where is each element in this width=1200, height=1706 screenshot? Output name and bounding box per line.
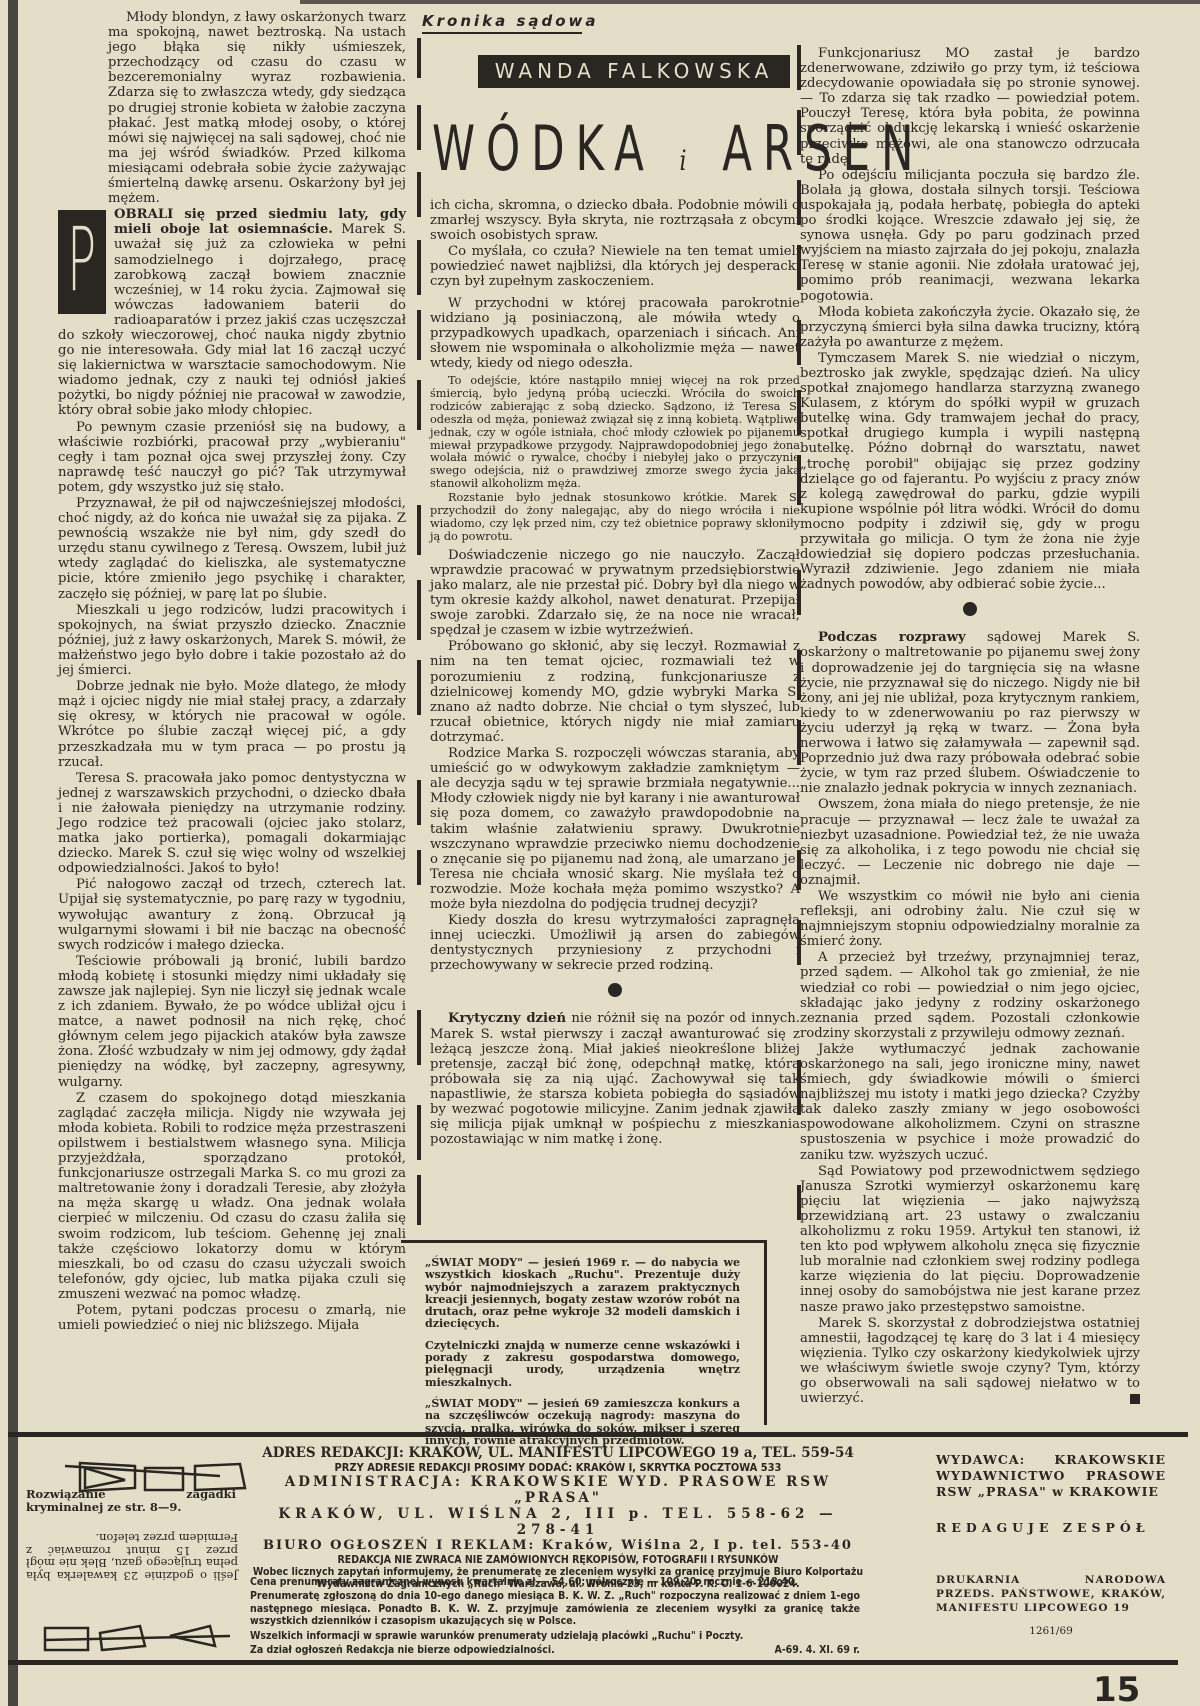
- body-paragraph: Po pewnym czasie przeniósł się na budowy…: [58, 420, 406, 495]
- body-paragraph: Krytyczny dzień nie różnił się na pozór …: [430, 1011, 800, 1147]
- column-bar: [417, 38, 421, 78]
- column-bar: [417, 105, 421, 150]
- rubric-underline: [422, 32, 582, 34]
- imprint-address: ADRES REDAKCJI: KRAKÓW, UL. MANIFESTU LI…: [248, 1445, 868, 1461]
- section-rubric: Kronika sądowa: [422, 12, 599, 30]
- end-mark-icon: [1130, 1394, 1140, 1404]
- order-number: 1261/69: [936, 1625, 1166, 1637]
- column-bar: [417, 240, 421, 295]
- body-paragraph: A przecież był trzeźwy, przynajmniej ter…: [800, 950, 1140, 1041]
- small-paragraph: Rozstanie było jednak stosunkowo krótkie…: [430, 492, 800, 544]
- column-bar: [417, 380, 421, 430]
- body-paragraph: Tymczasem Marek S. nie wiedział o niczym…: [800, 351, 1140, 593]
- body-paragraph: Dobrze jednak nie było. Może dlatego, że…: [58, 679, 406, 770]
- publisher-block: WYDAWCA: KRAKOWSKIE WYDAWNICTWO PRASOWE …: [936, 1452, 1166, 1637]
- binding-edge: [8, 0, 18, 1706]
- puzzle-caption: Rozwiązanie zagadki kryminalnej ze str. …: [26, 1488, 236, 1514]
- puzzle-answer-inverted: Jeśli o godzinie 23 kawalerka była pełna…: [26, 1532, 238, 1582]
- body-paragraph: W przychodni w której pracowała parokrot…: [430, 296, 800, 371]
- imprint-administration: ADMINISTRACJA: KRAKOWSKIE WYD. PRASOWE R…: [248, 1474, 868, 1506]
- article-title: WÓDKA i ARSEN: [432, 118, 709, 178]
- article-column-middle: ich cicha, skromna, o dziecko dbała. Pod…: [430, 198, 800, 1148]
- body-paragraph: ich cicha, skromna, o dziecko dbała. Pod…: [430, 198, 800, 243]
- swiat-mody-advert: „ŚWIAT MODY" — jesień 1969 r. — do nabyc…: [401, 1240, 767, 1425]
- puzzle-solution: Rozwiązanie zagadki kryminalnej ze str. …: [10, 1458, 250, 1668]
- body-paragraph: Co myślała, co czuła? Niewiele na ten te…: [430, 244, 800, 289]
- magazine-page: Kronika sądowa WANDA FALKOWSKA WÓDKA i A…: [0, 0, 1200, 1706]
- intro-paragraph: Młody blondyn, z ławy oskarżonych twarz …: [108, 10, 406, 206]
- issue-reference: A-69. 4. XI. 69 r.: [774, 1644, 860, 1656]
- subscription-contact: Wszelkich informacji w sprawie warunków …: [250, 1630, 860, 1642]
- article-column-left: Młody blondyn, z ławy oskarżonych twarz …: [58, 10, 406, 1410]
- small-paragraph: To odejście, które nastąpiło mniej więce…: [430, 375, 800, 491]
- section-bullet: [608, 983, 622, 997]
- column-bar: [417, 505, 421, 555]
- footer-rule-bottom: [8, 1660, 1178, 1665]
- body-paragraph: Mieszkali u jego rodziców, ludzi pracowi…: [58, 603, 406, 678]
- editorial-imprint: ADRES REDAKCJI: KRAKÓW, UL. MANIFESTU LI…: [248, 1445, 868, 1590]
- dropcap: P: [58, 210, 106, 314]
- subscription-info: Cena prenumeraty zagranicznej wynosi: kw…: [250, 1576, 860, 1658]
- column-bar: [417, 850, 421, 885]
- title-part-1: WÓDKA: [432, 112, 655, 185]
- body-paragraph: Funkcjonariusz MO zastał je bardzo zdene…: [800, 46, 1140, 167]
- imprint-admin-address: KRAKÓW, UL. WIŚLNA 2, III p. TEL. 558-62…: [248, 1506, 868, 1538]
- body-paragraph: Teresa S. pracowała jako pomoc dentystyc…: [58, 771, 406, 877]
- imprint-postal-note: PRZY ADRESIE REDAKCJI PROSIMY DODAĆ: KRA…: [248, 1461, 868, 1474]
- column-bar: [417, 660, 421, 715]
- body-paragraph: Owszem, żona miała do niego pretensje, ż…: [800, 797, 1140, 888]
- subscription-terms: Prenumeratę zgłoszoną do dnia 10-ego dan…: [250, 1590, 860, 1627]
- column-bar: [417, 1105, 421, 1160]
- author-byline: WANDA FALKOWSKA: [478, 55, 790, 88]
- article-column-right: Funkcjonariusz MO zastał je bardzo zdene…: [800, 12, 1140, 1432]
- body-paragraph: Przyznawał, że pił od najwcześniejszej m…: [58, 496, 406, 602]
- footer-rule-top: [8, 1432, 1188, 1437]
- body-paragraph: Pić nałogowo zaczął od trzech, czterech …: [58, 877, 406, 952]
- body-paragraph: Z czasem do spokojnego dotąd mieszkania …: [58, 1091, 406, 1302]
- page-number: 15: [1093, 1670, 1140, 1706]
- body-paragraph: Teściowie próbowali ją bronić, lubili ba…: [58, 954, 406, 1090]
- column-bar: [417, 172, 421, 217]
- title-conjunction: i: [680, 144, 687, 177]
- body-paragraph: Potem, pytani podczas procesu o zmarłą, …: [58, 1303, 406, 1333]
- body-paragraph: Kiedy doszła do kresu wytrzymałości zapr…: [430, 913, 800, 973]
- body-paragraph: Sąd Powiatowy pod przewodnictwem sędzieg…: [800, 1164, 1140, 1315]
- advert-paragraph: „ŚWIAT MODY" — jesień 1969 r. — do nabyc…: [425, 1257, 740, 1331]
- column-bar: [417, 580, 421, 640]
- column-bar: [417, 1175, 421, 1225]
- ads-disclaimer: Za dział ogłoszeń Redakcja nie bierze od…: [250, 1644, 860, 1656]
- editorial-team: REDAGUJE ZESPÓŁ: [936, 1520, 1166, 1535]
- column-bar: [417, 310, 421, 360]
- section-bullet: [963, 602, 977, 616]
- puzzle-diagram-icon: [40, 1618, 280, 1658]
- body-paragraph: Marek S. skorzystał z dobrodziejstwa ost…: [800, 1316, 1140, 1407]
- body-paragraph: We wszystkim co mówił nie było ani cieni…: [800, 889, 1140, 949]
- body-paragraph: Rodzice Marka S. rozpoczęli wówczas star…: [430, 746, 800, 912]
- body-paragraph: Młoda kobieta zakończyła życie. Okazało …: [800, 305, 1140, 350]
- top-rule: [300, 0, 1200, 4]
- body-paragraph: Podczas rozprawy sądowej Marek S. oskarż…: [800, 630, 1140, 796]
- body-paragraph: Doświadczenie niczego go nie nauczyło. Z…: [430, 548, 800, 639]
- printer-info: DRUKARNIA NARODOWA PRZEDS. PAŃSTWOWE, KR…: [936, 1573, 1166, 1615]
- body-paragraph: Próbowano go skłonić, aby się leczył. Ro…: [430, 639, 800, 745]
- subscription-price: Cena prenumeraty zagranicznej wynosi: kw…: [250, 1576, 860, 1588]
- column-bar: [417, 780, 421, 825]
- publisher-name: WYDAWCA: KRAKOWSKIE WYDAWNICTWO PRASOWE …: [936, 1452, 1166, 1500]
- body-paragraph: Jakże wytłumaczyć jednak zachowanie oska…: [800, 1042, 1140, 1163]
- lead-paragraph: OBRALI się przed siedmiu laty, gdy mieli…: [58, 207, 406, 418]
- imprint-ads-office: BIURO OGŁOSZEŃ I REKLAM: Kraków, Wiślna …: [248, 1538, 868, 1554]
- body-paragraph: Po odejściu milicjanta poczuła się bardz…: [800, 168, 1140, 304]
- advert-paragraph: Czytelniczki znajdą w numerze cenne wska…: [425, 1340, 740, 1389]
- column-bar: [417, 1010, 421, 1065]
- advert-paragraph: „ŚWIAT MODY" — jesień 69 zamieszcza konk…: [425, 1398, 740, 1447]
- imprint-manuscripts-note: REDAKCJA NIE ZWRACA NIE ZAMÓWIONYCH RĘKO…: [248, 1554, 868, 1566]
